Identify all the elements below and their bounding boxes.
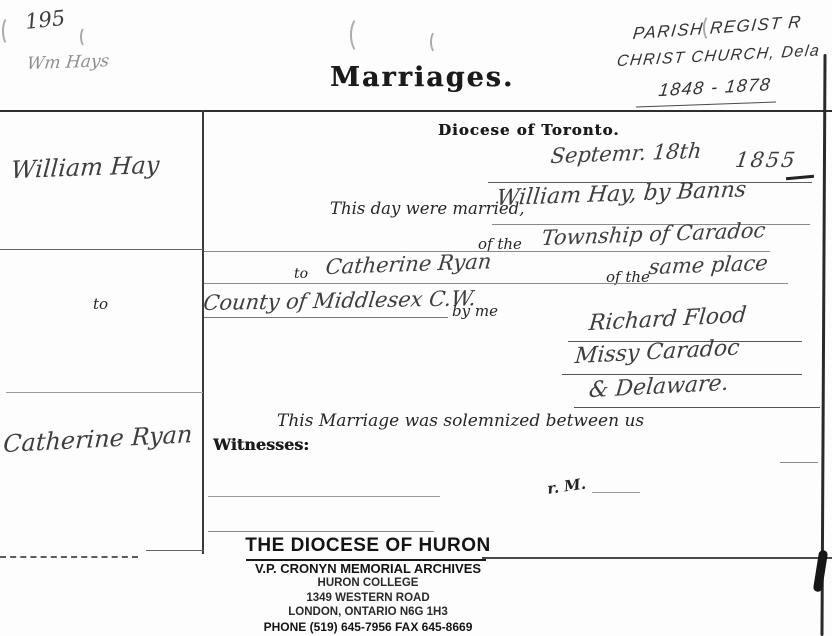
bottom-right-rule	[482, 557, 832, 559]
parish-register-annotation-line3: 1848 - 1878	[657, 74, 772, 101]
solemnized-label: This Marriage was solemnized between us	[277, 411, 644, 431]
county-entry: County of Middlesex C.W.	[202, 286, 477, 315]
groom-residence: Township of Caradoc	[540, 218, 766, 250]
page-title: Marriages.	[330, 62, 514, 93]
scan-crescent-artifact	[80, 26, 92, 48]
diocese-heading: Diocese of Toronto.	[438, 121, 619, 139]
county-line	[204, 317, 448, 318]
bottom-left-rule	[0, 556, 138, 558]
bride-residence: same place	[647, 251, 769, 279]
page-number-annotation: 195	[24, 6, 66, 34]
stamp-phone-line: PHONE (519) 645-7956 FAX 645-8669	[227, 620, 509, 635]
stamp-title: THE DIOCESE OF HURON	[227, 535, 509, 557]
witnesses-label: Witnesses:	[213, 435, 309, 454]
index-to-label: to	[93, 295, 108, 313]
scan-crescent-artifact	[350, 16, 370, 54]
stamp-archives-line: V.P. CRONYN MEMORIAL ARCHIVES	[227, 561, 509, 576]
stamp-city-line: LONDON, ONTARIO N6G 1H3	[227, 605, 509, 620]
index-groom-name: William Hay	[10, 151, 160, 184]
officiant-line3	[574, 407, 820, 408]
pencil-name-annotation: Wm Hays	[26, 51, 110, 74]
page-edge-blob	[813, 550, 828, 593]
officiant-name: Richard Flood	[588, 303, 748, 336]
scan-crescent-artifact	[2, 16, 16, 46]
by-me-label: by me	[452, 302, 498, 320]
divider-foot-line	[146, 550, 204, 551]
parish-register-annotation-line2: CHRIST CHURCH, Dela	[616, 42, 822, 71]
index-bride-name: Catherine Ryan	[3, 420, 194, 458]
stamp-college-line: HURON COLLEGE	[227, 576, 509, 591]
officiant-title2: & Delaware.	[588, 371, 730, 403]
marriage-date: Septemr. 18th	[549, 139, 702, 168]
witness-line1	[208, 496, 440, 497]
index-separator-line1	[0, 249, 203, 250]
stamp-street-line: 1349 WESTERN ROAD	[227, 591, 509, 606]
date-line-tick	[786, 175, 814, 180]
witness-mark: r. M.	[546, 475, 587, 498]
annotation-underline-flourish	[636, 102, 776, 108]
parish-register-annotation-line1: PARISH REGIST R	[632, 12, 803, 44]
right-edge-dash	[780, 462, 818, 463]
bride-line	[204, 283, 788, 284]
form-top-border	[0, 110, 832, 112]
index-separator-line2	[6, 392, 203, 393]
bride-entry: Catherine Ryan	[324, 249, 492, 279]
archive-stamp: THE DIOCESE OF HURON V.P. CRONYN MEMORIA…	[227, 535, 509, 635]
marriage-year: 1855	[734, 148, 799, 172]
witness-line2	[208, 531, 434, 532]
page-edge-shadow	[820, 54, 826, 636]
scanned-marriage-register: 195 Wm Hays Marriages. PARISH REGIST R C…	[0, 0, 832, 636]
witness-mark-dash	[592, 492, 640, 493]
to-label: to	[294, 266, 308, 282]
scan-crescent-artifact	[430, 30, 443, 54]
column-divider	[202, 110, 204, 554]
